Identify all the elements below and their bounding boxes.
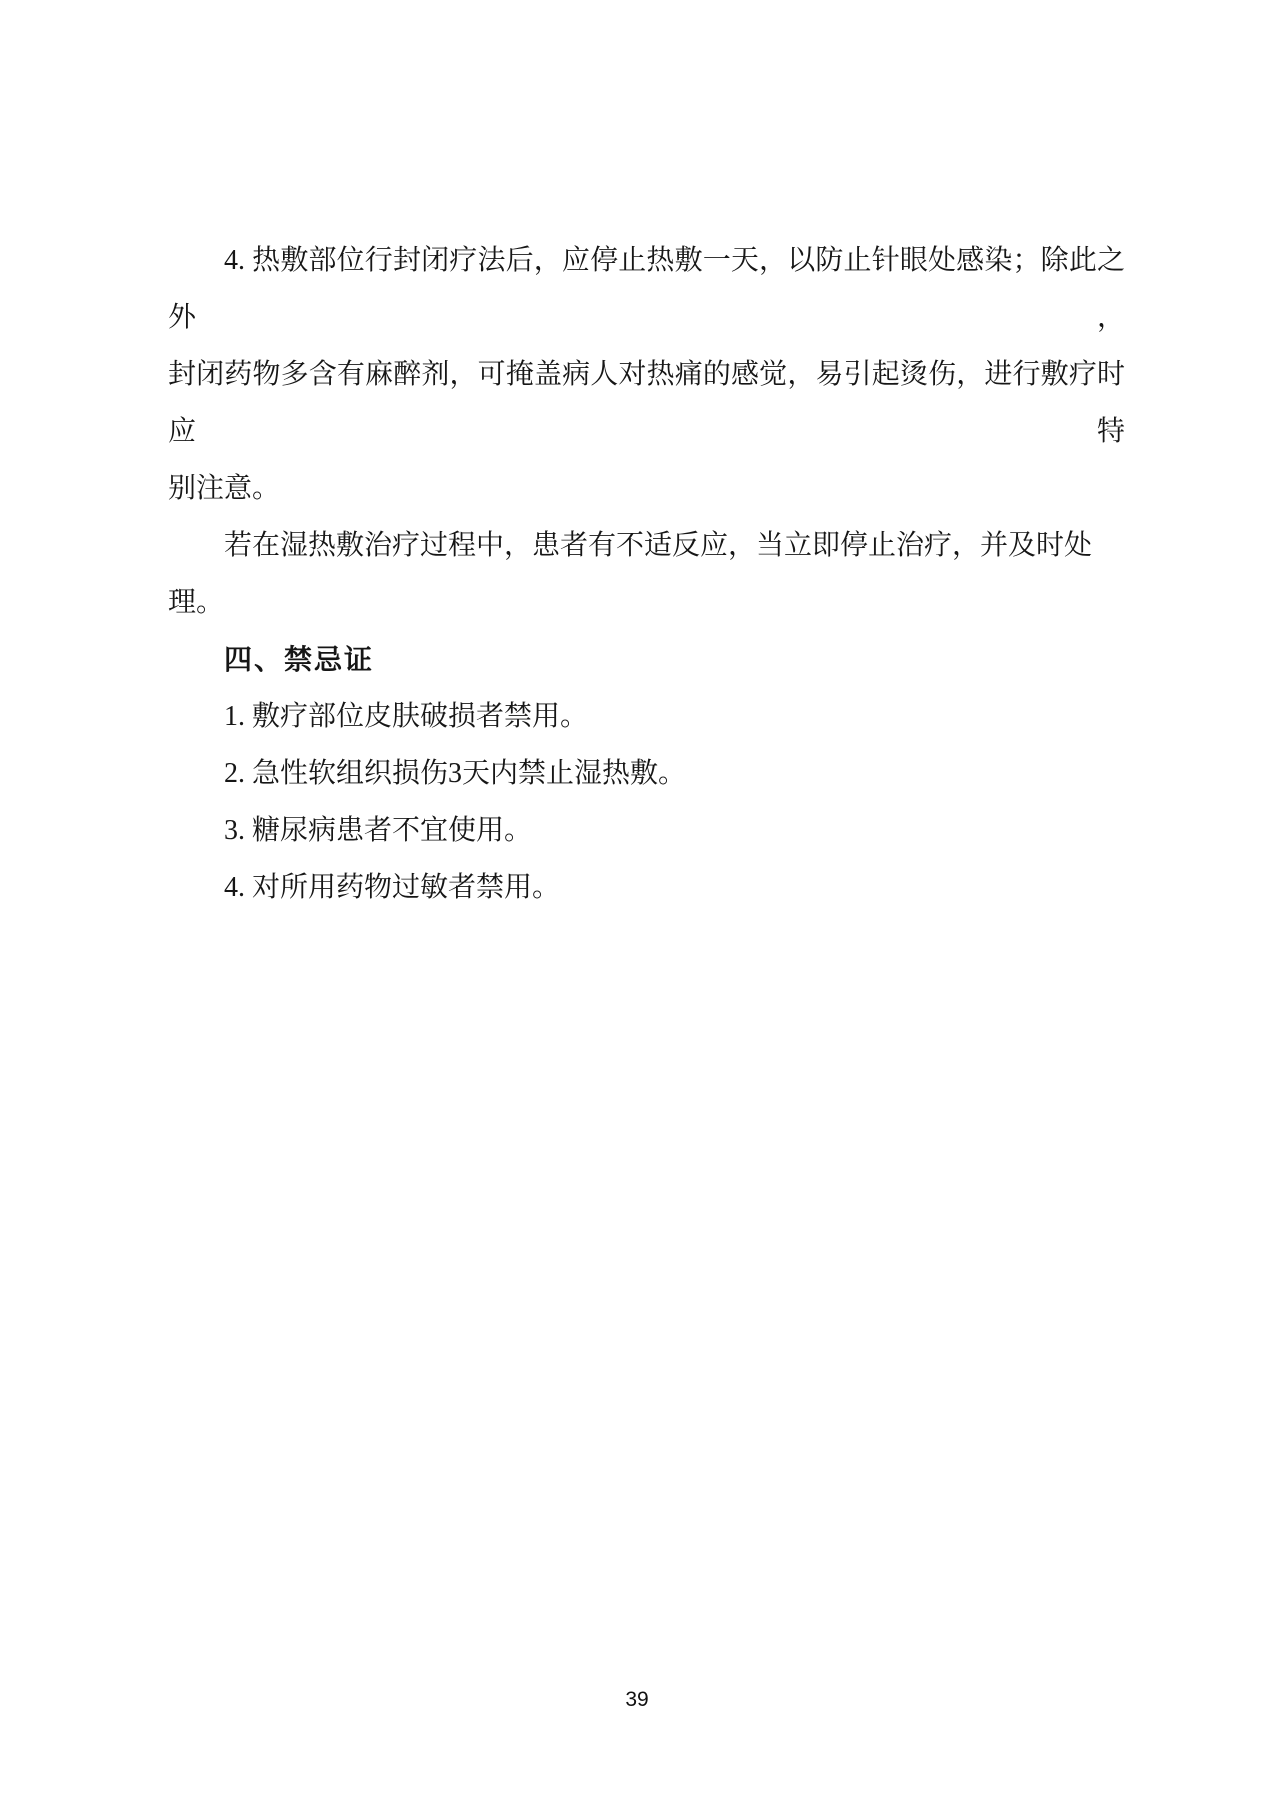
section-heading: 四、禁忌证: [168, 631, 1125, 688]
paragraph: 若在湿热敷治疗过程中，患者有不适反应，当立即停止治疗，并及时处理。: [168, 517, 1125, 631]
paragraph-line: 4. 热敷部位行封闭疗法后，应停止热敷一天，以防止针眼处感染；除此之外，: [168, 232, 1125, 346]
list-item: 3. 糖尿病患者不宜使用。: [168, 802, 1125, 859]
list-item: 2. 急性软组织损伤3天内禁止湿热敷。: [168, 745, 1125, 802]
document-body: 4. 热敷部位行封闭疗法后，应停止热敷一天，以防止针眼处感染；除此之外， 封闭药…: [168, 232, 1125, 916]
document-page: 4. 热敷部位行封闭疗法后，应停止热敷一天，以防止针眼处感染；除此之外， 封闭药…: [0, 0, 1274, 1801]
page-number: 39: [0, 1688, 1274, 1712]
paragraph-line: 封闭药物多含有麻醉剂，可掩盖病人对热痛的感觉，易引起烫伤，进行敷疗时应特: [168, 346, 1125, 460]
list-item: 1. 敷疗部位皮肤破损者禁用。: [168, 688, 1125, 745]
paragraph-line: 别注意。: [168, 460, 1125, 517]
list-item: 4. 对所用药物过敏者禁用。: [168, 859, 1125, 916]
